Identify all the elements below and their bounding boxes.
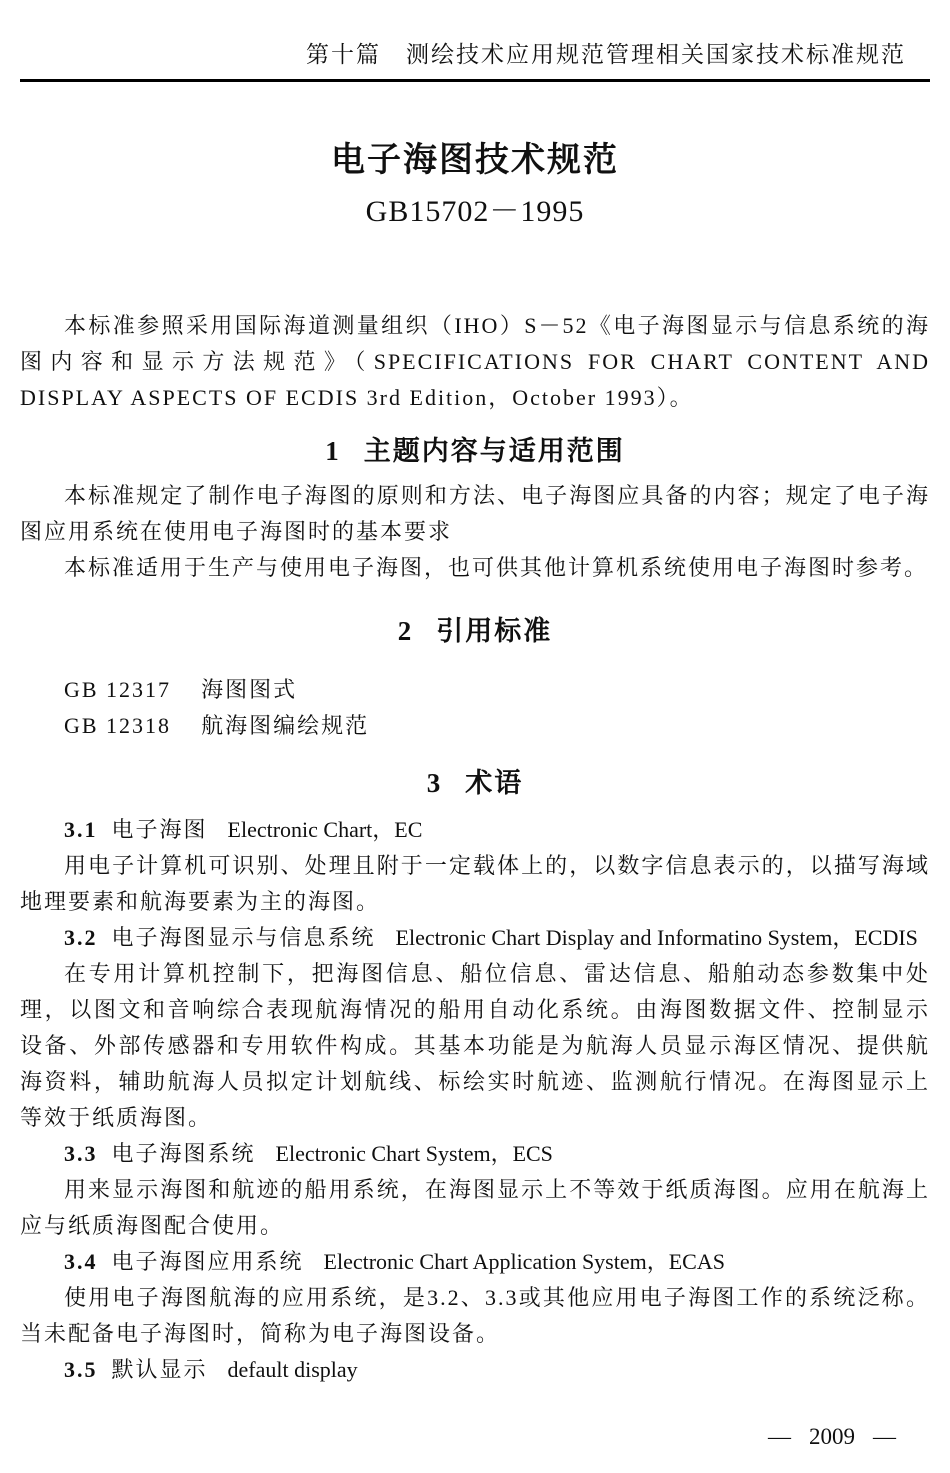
section-1-paragraph-2: 本标准适用于生产与使用电子海图，也可供其他计算机系统使用电子海图时参考。	[20, 550, 930, 586]
term-name-en: Electronic Chart Application System，ECAS	[324, 1249, 725, 1274]
section-1-number: 1	[325, 436, 341, 466]
term-name-zh: 电子海图	[112, 817, 208, 842]
section-1-paragraph-1: 本标准规定了制作电子海图的原则和方法、电子海图应具备的内容；规定了电子海图应用系…	[20, 478, 930, 550]
running-header: 第十篇 测绘技术应用规范管理相关国家技术标准规范	[20, 0, 930, 68]
standard-code: GB15702－1995	[20, 194, 930, 230]
term-definition-3-3: 用来显示海图和航迹的船用系统，在海图显示上不等效于纸质海图。应用在航海上应与纸质…	[20, 1172, 930, 1244]
term-number: 3.3	[64, 1141, 98, 1166]
term-name-en: Electronic Chart System，ECS	[276, 1141, 553, 1166]
term-number: 3.1	[64, 817, 98, 842]
term-definition-3-2: 在专用计算机控制下，把海图信息、船位信息、雷达信息、船舶动态参数集中处理，以图文…	[20, 956, 930, 1136]
term-name-en: Electronic Chart Display and Informatino…	[396, 925, 918, 950]
reference-item: GB 12318航海图编绘规范	[20, 708, 930, 744]
document-page: 第十篇 测绘技术应用规范管理相关国家技术标准规范 电子海图技术规范 GB1570…	[0, 0, 950, 1473]
term-name-zh: 电子海图系统	[112, 1141, 256, 1166]
term-name-zh: 电子海图应用系统	[112, 1249, 304, 1274]
term-name-zh: 默认显示	[112, 1357, 208, 1382]
footer-right-dash: —	[873, 1424, 896, 1449]
reference-item: GB 12317海图图式	[20, 672, 930, 708]
reference-code: GB 12317	[64, 677, 171, 702]
section-3-title: 术语	[465, 768, 523, 798]
section-3-heading: 3术语	[20, 764, 930, 802]
reference-code: GB 12318	[64, 713, 171, 738]
term-number: 3.4	[64, 1249, 98, 1274]
intro-paragraph: 本标准参照采用国际海道测量组织（IHO）S－52《电子海图显示与信息系统的海图内…	[20, 308, 930, 416]
document-title: 电子海图技术规范	[20, 140, 930, 182]
section-1-title: 主题内容与适用范围	[364, 436, 625, 466]
section-2-number: 2	[398, 616, 414, 646]
term-number: 3.2	[64, 925, 98, 950]
section-1-heading: 1主题内容与适用范围	[20, 432, 930, 470]
term-heading-3-3: 3.3电子海图系统Electronic Chart System，ECS	[20, 1136, 930, 1172]
reference-name: 航海图编绘规范	[201, 713, 369, 738]
term-definition-3-1: 用电子计算机可识别、处理且附于一定载体上的，以数字信息表示的，以描写海域地理要素…	[20, 848, 930, 920]
running-header-text: 第十篇 测绘技术应用规范管理相关国家技术标准规范	[306, 41, 906, 67]
term-heading-3-4: 3.4电子海图应用系统Electronic Chart Application …	[20, 1244, 930, 1280]
footer-left-dash: —	[768, 1424, 791, 1449]
page-number: 2009	[809, 1424, 855, 1449]
term-definition-3-4: 使用电子海图航海的应用系统，是3.2、3.3或其他应用电子海图工作的系统泛称。当…	[20, 1280, 930, 1352]
term-number: 3.5	[64, 1357, 98, 1382]
reference-name: 海图图式	[201, 677, 297, 702]
section-2-heading: 2引用标准	[20, 612, 930, 650]
section-3-number: 3	[427, 768, 443, 798]
page-footer: —2009—	[768, 1423, 896, 1451]
term-name-en: default display	[228, 1357, 358, 1382]
term-heading-3-5: 3.5默认显示default display	[20, 1352, 930, 1388]
section-2-title: 引用标准	[436, 616, 552, 646]
term-heading-3-2: 3.2电子海图显示与信息系统Electronic Chart Display a…	[20, 920, 930, 956]
term-heading-3-1: 3.1电子海图Electronic Chart，EC	[20, 812, 930, 848]
term-name-en: Electronic Chart，EC	[228, 817, 423, 842]
header-rule	[20, 79, 930, 82]
term-name-zh: 电子海图显示与信息系统	[112, 925, 376, 950]
